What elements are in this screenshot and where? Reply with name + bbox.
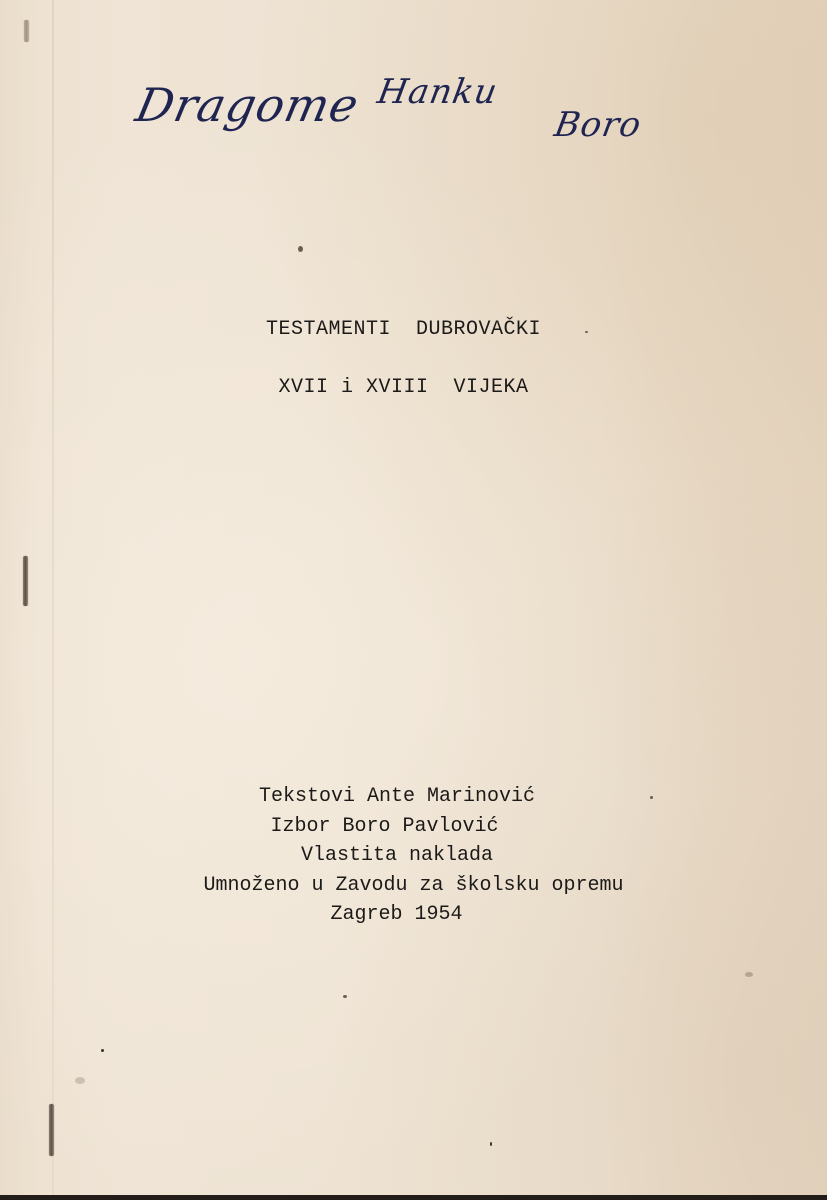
handwritten-signature: Boro bbox=[551, 105, 644, 145]
paper-speck bbox=[298, 246, 303, 252]
paper-speck bbox=[650, 796, 653, 799]
title-page: Dragome Hanku Boro TESTAMENTI DUBROVAČKI… bbox=[0, 0, 827, 1195]
page-bottom-edge bbox=[0, 1195, 827, 1200]
paper-stain bbox=[745, 972, 753, 977]
paper-speck bbox=[101, 1049, 104, 1052]
handwritten-dedication-word-1: Dragome bbox=[131, 78, 364, 132]
title-line-1: TESTAMENTI DUBROVAČKI bbox=[0, 318, 817, 341]
title-line-2: XVII i XVIII VIJEKA bbox=[0, 376, 817, 399]
handwritten-dedication-word-2: Hanku bbox=[374, 72, 500, 112]
paper-speck bbox=[343, 995, 347, 998]
paper-speck bbox=[490, 1142, 492, 1146]
imprint-selection-by: Izbor Boro Pavlović bbox=[0, 812, 827, 842]
imprint-printed-at: Umnoženo u Zavodu za školsku opremu bbox=[0, 871, 827, 901]
imprint-publisher: Vlastita naklada bbox=[0, 841, 827, 871]
staple-icon bbox=[23, 556, 28, 606]
spine-fold-line bbox=[52, 0, 54, 1195]
staple-icon bbox=[24, 20, 29, 42]
imprint-block: Tekstovi Ante Marinović Izbor Boro Pavlo… bbox=[0, 782, 827, 930]
paper-stain bbox=[75, 1077, 85, 1084]
staple-icon bbox=[49, 1104, 54, 1156]
paper-speck bbox=[585, 331, 588, 333]
imprint-texts-by: Tekstovi Ante Marinović bbox=[0, 782, 827, 812]
imprint-place-year: Zagreb 1954 bbox=[0, 900, 827, 930]
